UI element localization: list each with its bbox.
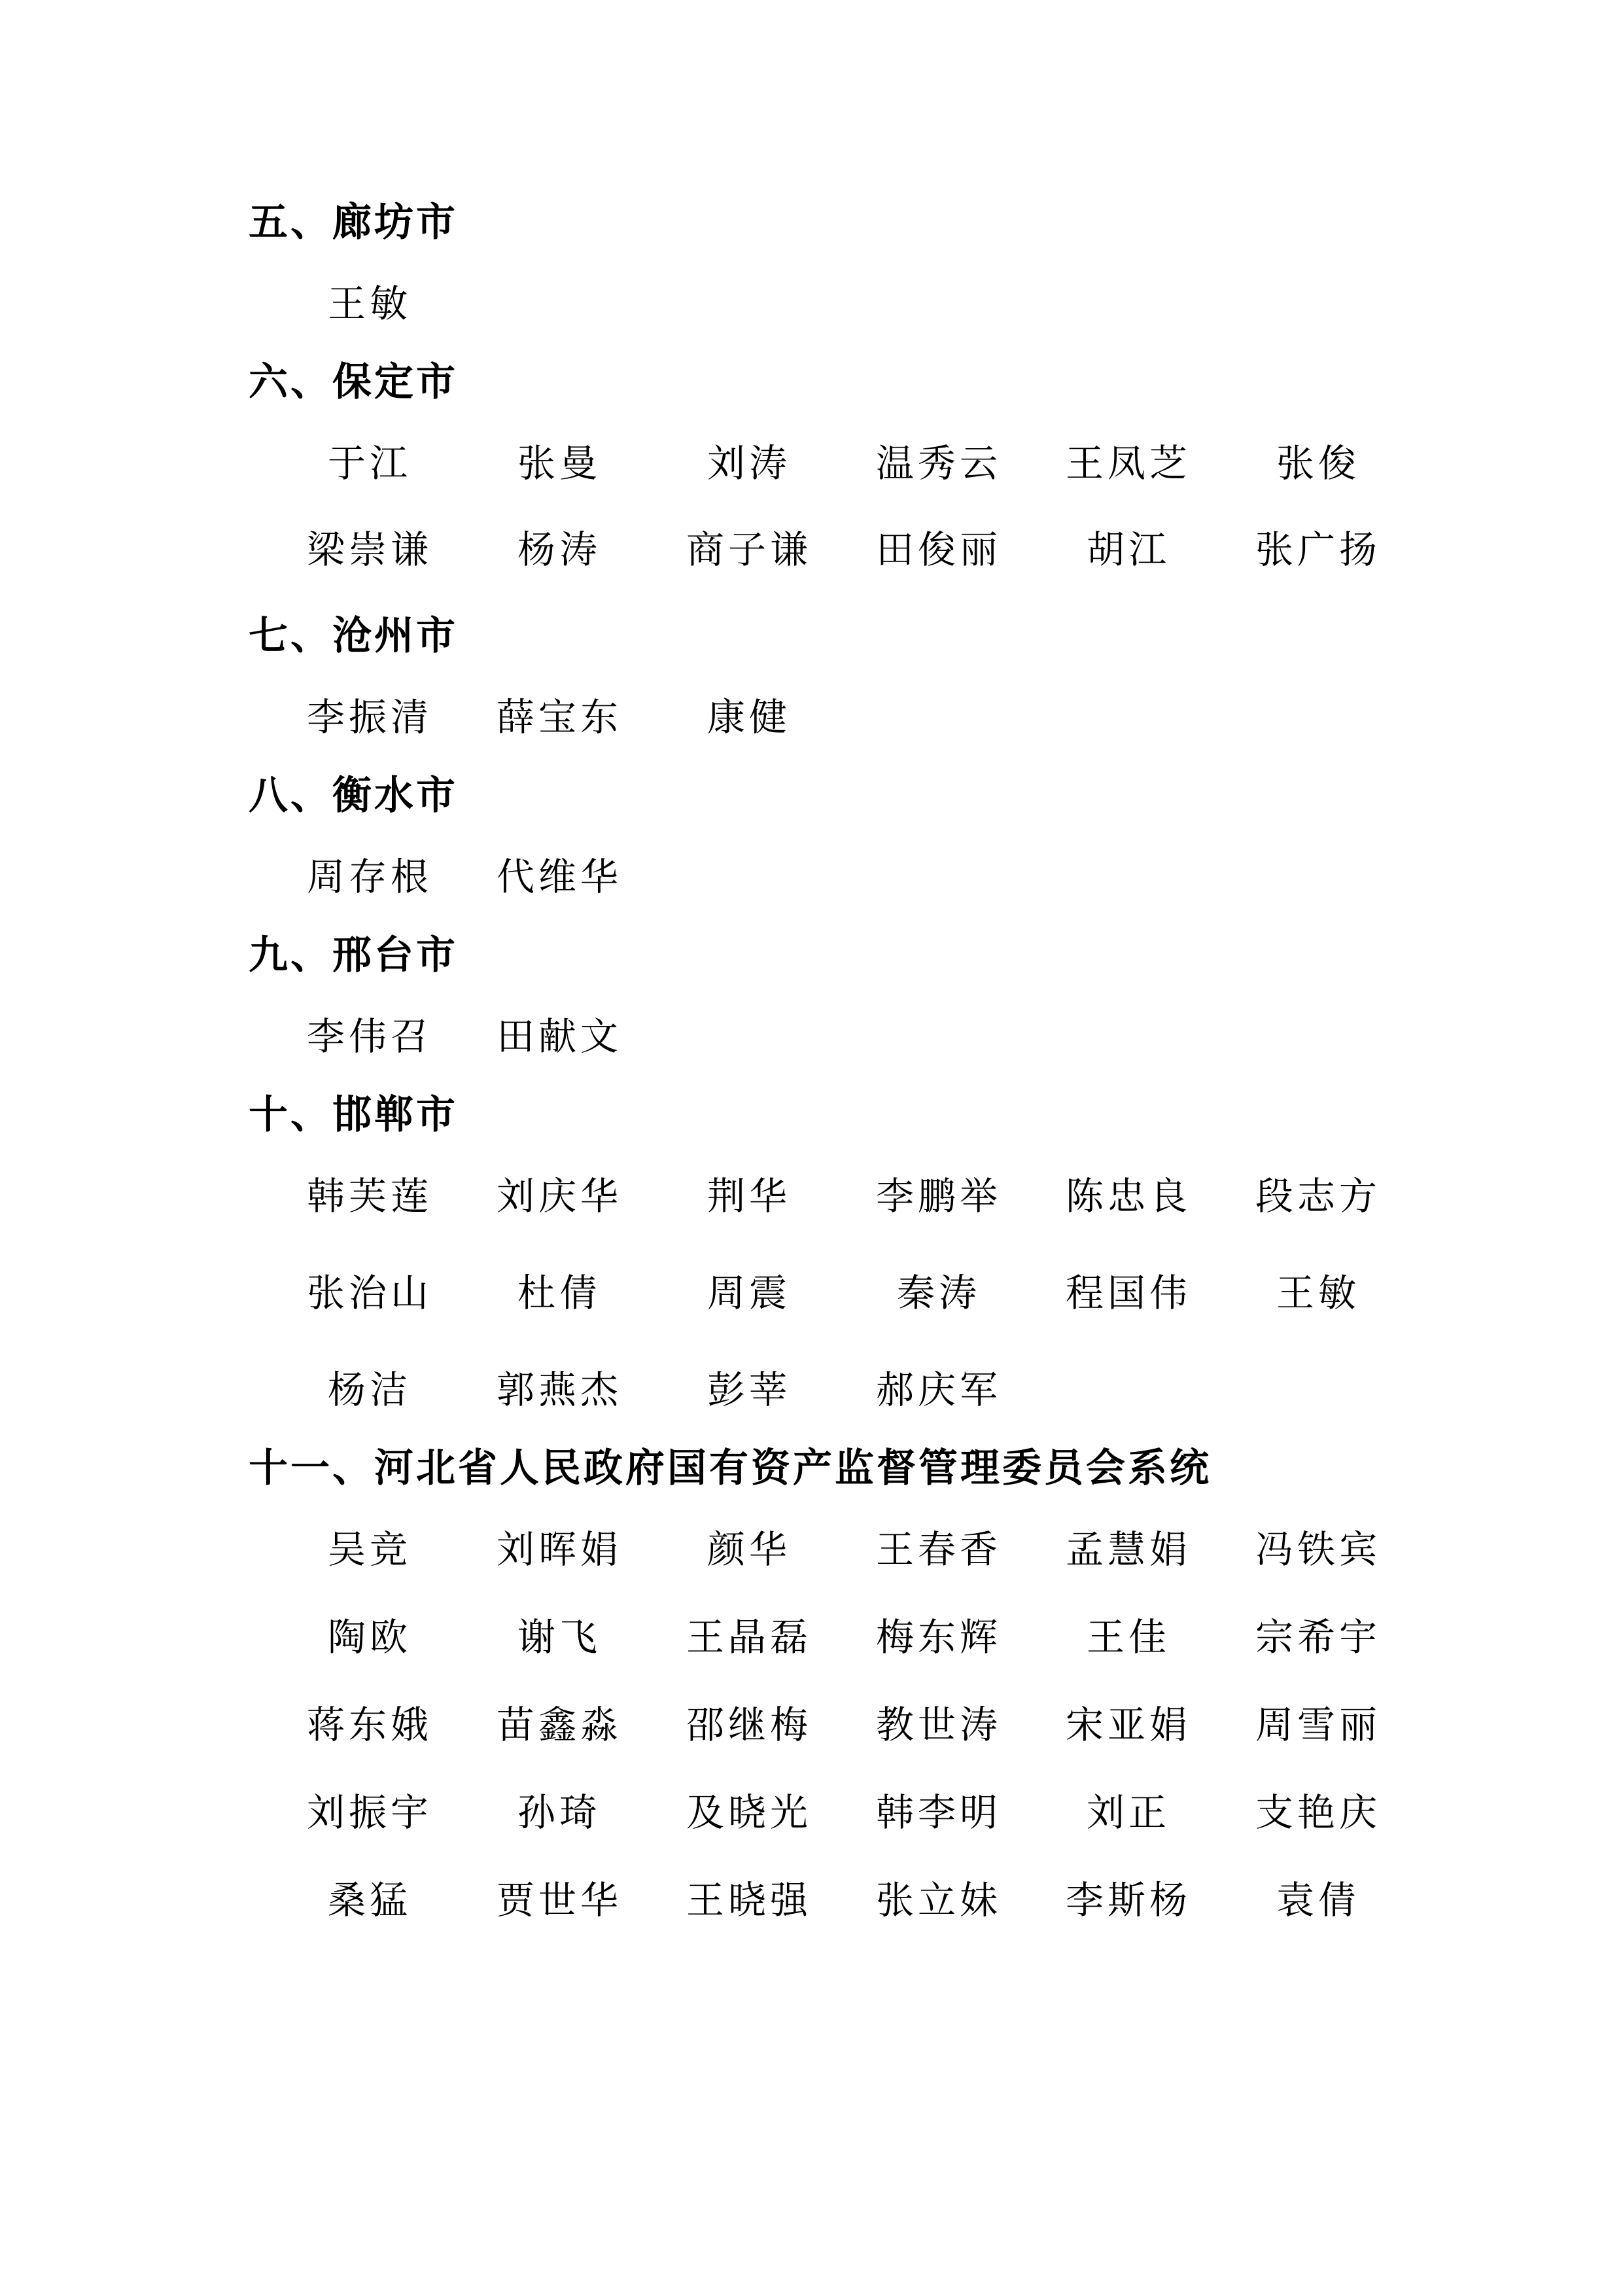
person-name: 王晶磊 <box>654 1611 844 1663</box>
person-name: 冯铁宾 <box>1223 1523 1413 1576</box>
section-heading: 六、保定市 <box>249 356 1413 408</box>
person-name: 荆华 <box>654 1170 844 1222</box>
person-name: 贾世华 <box>464 1874 654 1926</box>
person-name: 孟慧娟 <box>1034 1523 1223 1576</box>
section-handan: 十、邯郸市 韩芙莲 刘庆华 荆华 李鹏举 陈忠良 段志方 张治山 杜倩 周震 秦… <box>249 1089 1413 1416</box>
person-name: 郝庆军 <box>844 1364 1034 1416</box>
section-heading: 五、廊坊市 <box>249 196 1413 249</box>
person-name: 杜倩 <box>464 1267 654 1319</box>
name-list: 韩芙莲 刘庆华 荆华 李鹏举 陈忠良 段志方 张治山 杜倩 周震 秦涛 程国伟 … <box>249 1170 1413 1416</box>
person-name: 程国伟 <box>1034 1267 1223 1319</box>
person-name: 温秀云 <box>844 437 1034 489</box>
person-name: 张立妹 <box>844 1874 1034 1926</box>
section-cangzhou: 七、沧州市 李振清 薛宝东 康健 <box>249 610 1413 743</box>
person-name: 王佳 <box>1034 1611 1223 1663</box>
person-name: 段志方 <box>1223 1170 1413 1222</box>
person-name: 刘正 <box>1034 1786 1223 1839</box>
name-list: 李振清 薛宝东 康健 <box>249 691 1413 743</box>
person-name: 杨涛 <box>464 523 654 576</box>
person-name: 苗鑫淼 <box>464 1699 654 1751</box>
section-heading: 十一、河北省人民政府国有资产监督管理委员会系统 <box>249 1442 1413 1494</box>
person-name: 刘晖娟 <box>464 1523 654 1576</box>
person-name: 宗希宇 <box>1223 1611 1413 1663</box>
section-baoding: 六、保定市 于江 张曼 刘涛 温秀云 王凤芝 张俊 梁崇谦 杨涛 商子谦 田俊丽… <box>249 356 1413 576</box>
section-langfang: 五、廊坊市 王敏 <box>249 196 1413 330</box>
person-name: 王春香 <box>844 1523 1034 1576</box>
person-name: 蒋东娥 <box>275 1699 464 1751</box>
person-name: 李振清 <box>275 691 464 743</box>
person-name: 彭莘 <box>654 1364 844 1416</box>
person-name: 于江 <box>275 437 464 489</box>
person-name: 及晓光 <box>654 1786 844 1839</box>
person-name: 王敏 <box>275 277 464 330</box>
name-list: 吴竞 刘晖娟 颜华 王春香 孟慧娟 冯铁宾 陶欧 谢飞 王晶磊 梅东辉 王佳 宗… <box>249 1523 1413 1926</box>
person-name: 康健 <box>654 691 844 743</box>
person-name: 李鹏举 <box>844 1170 1034 1222</box>
name-list: 王敏 <box>249 277 1413 330</box>
person-name: 商子谦 <box>654 523 844 576</box>
person-name: 韩芙莲 <box>275 1170 464 1222</box>
person-name: 王晓强 <box>654 1874 844 1926</box>
section-heading: 十、邯郸市 <box>249 1089 1413 1141</box>
person-name: 韩李明 <box>844 1786 1034 1839</box>
person-name: 薛宝东 <box>464 691 654 743</box>
person-name: 周雪丽 <box>1223 1699 1413 1751</box>
person-name: 颜华 <box>654 1523 844 1576</box>
person-name: 杨洁 <box>275 1364 464 1416</box>
person-name: 陶欧 <box>275 1611 464 1663</box>
person-name: 秦涛 <box>844 1267 1034 1319</box>
person-name: 郭燕杰 <box>464 1364 654 1416</box>
person-name: 刘涛 <box>654 437 844 489</box>
name-list: 李伟召 田献文 <box>249 1010 1413 1063</box>
person-name: 田俊丽 <box>844 523 1034 576</box>
person-name: 梅东辉 <box>844 1611 1034 1663</box>
person-name: 袁倩 <box>1223 1874 1413 1926</box>
person-name: 宋亚娟 <box>1034 1699 1223 1751</box>
section-heading: 七、沧州市 <box>249 610 1413 662</box>
person-name: 邵继梅 <box>654 1699 844 1751</box>
person-name: 胡江 <box>1034 523 1223 576</box>
section-heading: 八、衡水市 <box>249 769 1413 822</box>
person-name: 陈忠良 <box>1034 1170 1223 1222</box>
person-name: 张俊 <box>1223 437 1413 489</box>
person-name: 支艳庆 <box>1223 1786 1413 1839</box>
person-name: 桑猛 <box>275 1874 464 1926</box>
section-xingtai: 九、邢台市 李伟召 田献文 <box>249 929 1413 1063</box>
person-name: 李伟召 <box>275 1010 464 1063</box>
person-name: 周存根 <box>275 851 464 903</box>
person-name: 教世涛 <box>844 1699 1034 1751</box>
section-hengshui: 八、衡水市 周存根 代维华 <box>249 769 1413 903</box>
person-name: 田献文 <box>464 1010 654 1063</box>
person-name: 李斯杨 <box>1034 1874 1223 1926</box>
section-heading: 九、邢台市 <box>249 929 1413 981</box>
person-name: 谢飞 <box>464 1611 654 1663</box>
person-name: 王凤芝 <box>1034 437 1223 489</box>
person-name: 吴竞 <box>275 1523 464 1576</box>
person-name: 张广扬 <box>1223 523 1413 576</box>
name-list: 周存根 代维华 <box>249 851 1413 903</box>
section-provincial-sasac: 十一、河北省人民政府国有资产监督管理委员会系统 吴竞 刘晖娟 颜华 王春香 孟慧… <box>249 1442 1413 1926</box>
document-page: 五、廊坊市 王敏 六、保定市 于江 张曼 刘涛 温秀云 王凤芝 张俊 梁崇谦 杨… <box>249 196 1413 1926</box>
person-name: 张曼 <box>464 437 654 489</box>
person-name: 梁崇谦 <box>275 523 464 576</box>
person-name: 代维华 <box>464 851 654 903</box>
person-name: 王敏 <box>1223 1267 1413 1319</box>
person-name: 周震 <box>654 1267 844 1319</box>
name-list: 于江 张曼 刘涛 温秀云 王凤芝 张俊 梁崇谦 杨涛 商子谦 田俊丽 胡江 张广… <box>249 437 1413 576</box>
person-name: 张治山 <box>275 1267 464 1319</box>
person-name: 刘振宇 <box>275 1786 464 1839</box>
person-name: 孙琦 <box>464 1786 654 1839</box>
person-name: 刘庆华 <box>464 1170 654 1222</box>
